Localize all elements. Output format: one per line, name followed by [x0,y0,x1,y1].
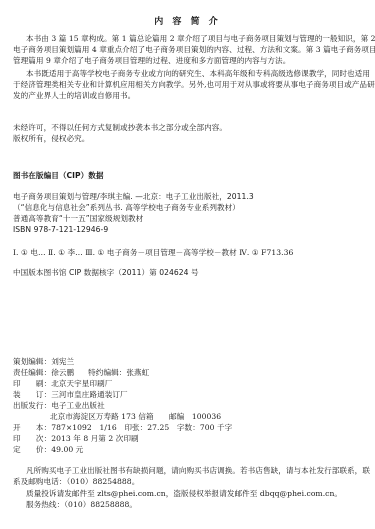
summary-p1-line-3: 管理篇用 9 章介绍了电子商务项目管理的过程、进度和多方面管理的内容与方法。 [13,55,290,66]
publisher-address: 北京市海淀区万寿路 173 信箱 邮编 100036 [50,411,221,422]
notice-line-1: 凡所购买电子工业出版社图书有缺损问题，请向购买书店调换。若书店售缺，请与本社发行… [26,465,370,476]
printing-row: 印 刷：北京天宇星印刷厂 [13,378,112,389]
responsible-editor-value: 徐云鹏 [51,368,74,377]
publisher-label: 出版发行： [13,401,51,410]
cip-line-3: 普通高等教育“十一五”国家级规划教材 [13,213,143,224]
price-row: 定 价：49.00 元 [13,444,83,455]
special-editor-label: 特约编辑： [88,368,126,377]
cip-heading: 图书在版编目（CIP）数据 [13,170,104,181]
binding-row: 装 订：三河市皇庄路通装订厂 [13,389,128,400]
impression-value: 2013 年 8 月第 2 次印刷 [51,434,138,443]
cip-line-2: （“信息化与信息社会”系列丛书. 高等学校电子商务专业系列教材） [13,202,240,213]
format-value: 787×1092 1/16 印张：27.25 字数：700 千字 [51,423,232,432]
special-editor-value: 张燕虹 [126,368,149,377]
notice-line-2: 系及邮购电话：（010）88254888。 [13,476,139,487]
summary-p2-line-2: 于经济管理类相关专业和计算机应用相关方向教学。另外,也可用于对从事或将要从事电子… [13,79,375,90]
complaint-email-line: 质量投诉请发邮件至 zlts@phei.com.cn，盗版侵权举报请发邮件至 d… [26,488,342,499]
price-value: 49.00 元 [51,445,83,454]
copyright-line-1: 未经许可，不得以任何方式复制或抄袭本书之部分或全部内容。 [13,122,227,133]
planning-editor-row: 策划编辑：刘宪兰 [13,356,74,367]
cip-line-1: 电子商务项目策划与管理/李琪主编. —北京：电子工业出版社，2011.3 [13,191,254,202]
summary-p1-line-2: 电子商务项目策划篇用 4 章重点介绍了电子商务项目策划的内容、过程、方法和文案。… [13,44,375,55]
printing-value: 北京天宇星印刷厂 [51,379,112,388]
summary-p1-line-1: 本书由 3 篇 15 章构成。第 1 篇总论篇用 2 章介绍了项目与电子商务项目… [26,33,375,44]
planning-editor-label: 策划编辑： [13,357,51,366]
planning-editor-value: 刘宪兰 [51,357,74,366]
binding-value: 三河市皇庄路通装订厂 [51,390,127,399]
service-hotline-line: 服务热线：（010）88258888。 [26,499,137,510]
cip-classification: Ⅰ. ① 电… Ⅱ. ① 李… Ⅲ. ① 电子商务－项目管理－高等学校－教材 Ⅳ… [13,247,293,258]
publisher-row: 出版发行：电子工业出版社 [13,400,105,411]
publisher-value: 电子工业出版社 [51,401,105,410]
price-label: 定 价： [13,445,51,454]
cip-record-number: 中国版本图书馆 CIP 数据核字（2011）第 024624 号 [13,267,199,278]
impression-row: 印 次：2013 年 8 月第 2 次印刷 [13,433,139,444]
copyright-line-2: 版权所有，侵权必究。 [13,133,89,144]
printing-label: 印 刷： [13,379,51,388]
summary-p2-line-3: 发的产业界人士的培训或自修用书。 [13,90,135,101]
summary-p2-line-1: 本书既适用于高等学校电子商务专业或方向的研究生、本科高年级和专科高级选修课教学，… [26,68,370,79]
editors-row: 责任编辑：徐云鹏特约编辑：张燕虹 [13,367,149,378]
binding-label: 装 订： [13,390,51,399]
content-summary-title: 内 容 简 介 [0,14,375,27]
impression-label: 印 次： [13,434,51,443]
cip-isbn: ISBN 978-7-121-12946-9 [13,224,108,235]
responsible-editor-label: 责任编辑： [13,368,51,377]
format-row: 开 本：787×1092 1/16 印张：27.25 字数：700 千字 [13,422,232,433]
format-label: 开 本： [13,423,51,432]
